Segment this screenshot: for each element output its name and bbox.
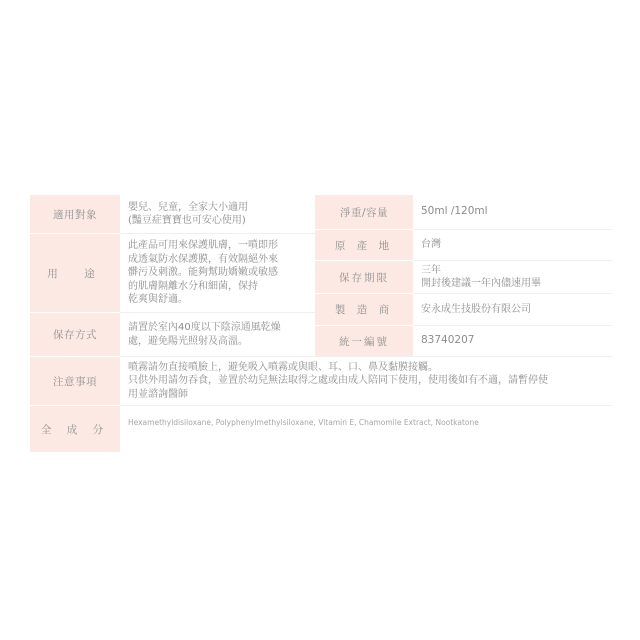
value-line: Hexamethyldisiloxane, Polyphenylmethylsi… [128, 416, 479, 430]
label-text: 製 造 商 [335, 302, 393, 317]
label-ingredients: 全 成 分 [30, 406, 120, 452]
value-line: 用並諮詢醫師 [128, 388, 548, 402]
value-line: 三年 [421, 264, 541, 278]
label-manufacturer: 製 造 商 [315, 294, 413, 325]
value-line: (豔豆症寶寶也可安心使用) [128, 214, 248, 228]
value-line: 噴霧請勿直接噴臉上，避免吸入噴霧或與眼、耳、口、鼻及黏膜接觸。 [128, 361, 548, 375]
value-precautions: 噴霧請勿直接噴臉上，避免吸入噴霧或與眼、耳、口、鼻及黏膜接觸。 只供外用請勿吞食… [120, 357, 612, 405]
value-line: 83740207 [421, 334, 474, 348]
value-ingredients: Hexamethyldisiloxane, Polyphenylmethylsi… [120, 406, 612, 440]
value-line: 此產品可用來保護肌膚，一噴即形 [128, 239, 278, 253]
label-tax-id: 統一編號 [315, 326, 413, 356]
label-target-users: 適用對象 [30, 195, 120, 233]
value-line: 台灣 [421, 238, 441, 252]
value-target-users: 嬰兒、兒童，全家大小適用(豔豆症寶寶也可安心使用) [120, 195, 315, 233]
label-storage-method: 保存方式 [30, 313, 120, 356]
label-text: 用 途 [47, 266, 103, 281]
label-text: 淨重/容量 [340, 205, 388, 220]
value-storage-method: 請置於室內40度以下陰涼通風乾燥處，避免陽光照射及高溫。 [120, 313, 315, 356]
label-origin: 原 產 地 [315, 230, 413, 260]
value-line: 髒污及刺激。能夠幫助嬌嫩或敏感 [128, 266, 278, 280]
value-line: 50ml /120ml [421, 205, 488, 219]
label-precautions: 注意事項 [30, 357, 120, 405]
value-usage: 此產品可用來保護肌膚，一噴即形 成透氣防水保護膜，有效隔絕外來 髒污及刺激。能夠… [120, 234, 315, 312]
value-origin: 台灣 [413, 230, 612, 260]
value-line: 嬰兒、兒童，全家大小適用 [128, 201, 248, 215]
value-net-weight: 50ml /120ml [413, 195, 612, 229]
label-shelf-life: 保存期限 [315, 261, 413, 293]
value-line: 開封後建議一年內儘速用畢 [421, 277, 541, 291]
value-shelf-life: 三年開封後建議一年內儘速用畢 [413, 261, 612, 293]
label-text: 保存方式 [53, 327, 97, 342]
value-line: 處，避免陽光照射及高溫。 [128, 335, 281, 349]
value-line: 安永成生技股份有限公司 [421, 303, 531, 317]
label-text: 原 產 地 [335, 238, 393, 253]
value-manufacturer: 安永成生技股份有限公司 [413, 294, 612, 325]
label-text: 統一編號 [339, 334, 389, 349]
value-tax-id: 83740207 [413, 326, 612, 356]
label-text: 全 成 分 [41, 422, 109, 437]
label-text: 適用對象 [53, 207, 97, 222]
label-usage: 用 途 [30, 234, 120, 312]
value-line: 成透氣防水保護膜，有效隔絕外來 [128, 253, 278, 267]
value-line: 乾爽與舒適。 [128, 293, 278, 307]
label-net-weight: 淨重/容量 [315, 195, 413, 229]
label-text: 注意事項 [53, 374, 97, 389]
value-line: 請置於室內40度以下陰涼通風乾燥 [128, 321, 281, 335]
value-line: 只供外用請勿吞食，並置於幼兒無法取得之處或由成人陪同下使用，使用後如有不適，請暫… [128, 374, 548, 388]
label-text: 保存期限 [339, 270, 389, 285]
value-line: 的肌膚隔離水分和細菌，保持 [128, 280, 278, 294]
